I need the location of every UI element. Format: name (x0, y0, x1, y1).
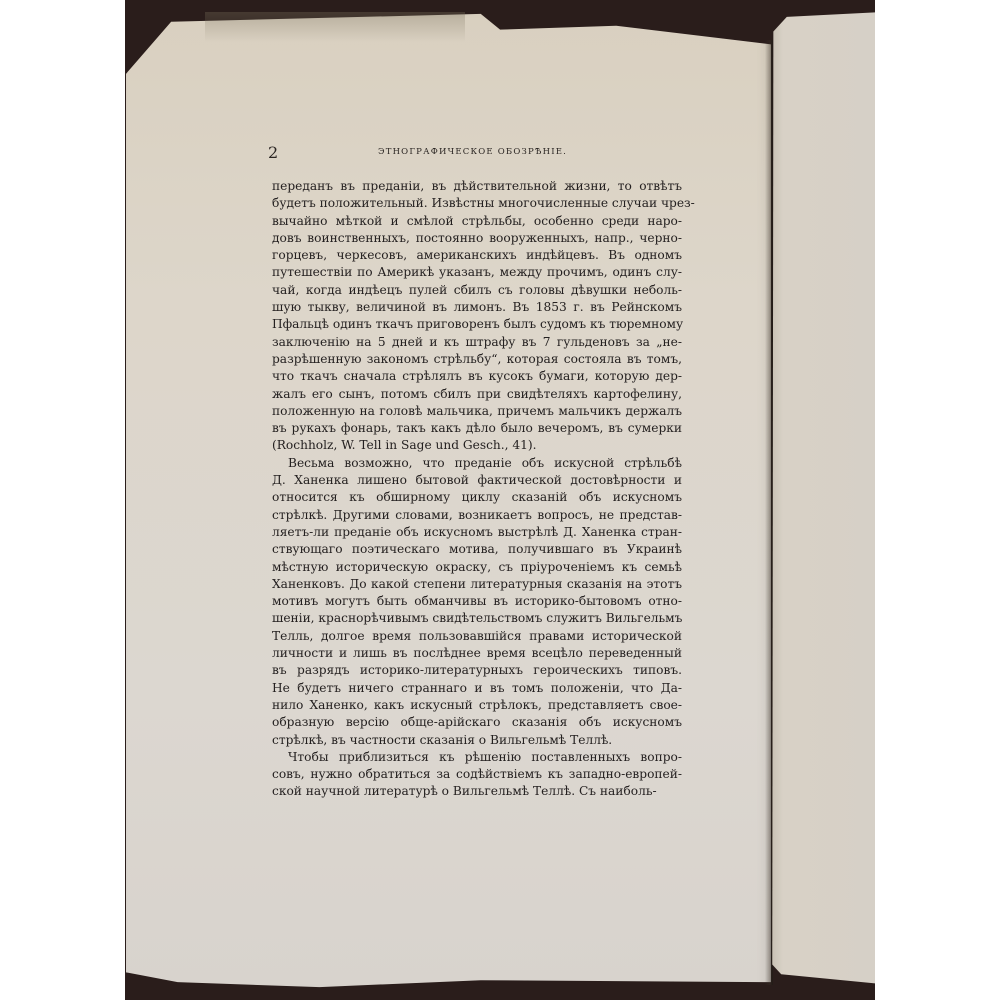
text-line: въ рукахъ фонарь, такъ какъ дѣло было ве… (272, 420, 682, 437)
spine-shadow (765, 40, 773, 985)
journal-title: ЭТНОГРАФИЧЕСКОЕ ОБОЗРѢНІЕ. (378, 147, 567, 157)
page-number: 2 (268, 143, 279, 162)
text-line: относится къ обширному циклу сказаній об… (272, 489, 682, 506)
text-line: ствующаго поэтическаго мотива, получивша… (272, 541, 682, 558)
text-line: Ханенковъ. До какой степени литературныя… (272, 576, 682, 593)
text-line: чай, когда индѣецъ пулей сбилъ съ головы… (272, 282, 682, 299)
text-line: ляетъ-ли преданіе объ искусномъ выстрѣлѣ… (272, 524, 682, 541)
text-line: Пфальцѣ одинъ ткачъ приговоренъ былъ суд… (272, 316, 682, 333)
text-line: образную версію обще-арійскаго сказанія … (272, 714, 682, 731)
text-line: разрѣшенную закономъ стрѣльбу“, которая … (272, 351, 682, 368)
text-line: личности и лишь въ послѣднее время всецѣ… (272, 645, 682, 662)
text-line: горцевъ, черкесовъ, американскихъ индѣйц… (272, 247, 682, 264)
text-line: Д. Ханенка лишено бытовой фактической до… (272, 472, 682, 489)
text-line: Весьма возможно, что преданіе объ искусн… (272, 455, 682, 472)
text-line: Чтобы приблизиться къ рѣшенію поставленн… (272, 749, 682, 766)
text-line: будетъ положительный. Извѣстны многочисл… (272, 195, 682, 212)
page-top-fold (205, 12, 465, 42)
text-line: въ разрядъ историко-литературныхъ героич… (272, 662, 682, 679)
text-line: положенную на головѣ мальчика, причемъ м… (272, 403, 682, 420)
text-line: Телль, долгое время пользовавшійся права… (272, 628, 682, 645)
text-line: (Rochholz, W. Tell in Sage und Gesch., 4… (272, 437, 682, 454)
text-line: совъ, нужно обратиться за содѣйствіемъ к… (272, 766, 682, 783)
text-line: жалъ его сынъ, потомъ сбилъ при свидѣтел… (272, 386, 682, 403)
text-line: мѣстную историческую окраску, съ пріуроч… (272, 559, 682, 576)
text-line: довъ воинственныхъ, постоянно вооруженны… (272, 230, 682, 247)
text-line: стрѣлкѣ, въ частности сказанія о Вильгел… (272, 732, 682, 749)
text-line: заключенію на 5 дней и къ штрафу въ 7 гу… (272, 334, 682, 351)
text-line: путешествіи по Америкѣ указанъ, между пр… (272, 264, 682, 281)
text-line: ской научной литературѣ о Вильгельмѣ Тел… (272, 783, 682, 800)
text-line: вычайно мѣткой и смѣлой стрѣльбы, особен… (272, 213, 682, 230)
right-page-edge (770, 12, 875, 984)
body-text: переданъ въ преданіи, въ дѣйствительной … (272, 178, 682, 801)
text-line: Не будетъ ничего страннаго и въ томъ пол… (272, 680, 682, 697)
text-line: шеніи, краснорѣчивымъ свидѣтельствомъ сл… (272, 610, 682, 627)
text-line: нило Ханенко, какъ искусный стрѣлокъ, пр… (272, 697, 682, 714)
text-line: переданъ въ преданіи, въ дѣйствительной … (272, 178, 682, 195)
text-line: что ткачъ сначала стрѣлялъ въ кусокъ бум… (272, 368, 682, 385)
text-line: шую тыкву, величиной въ лимонъ. Въ 1853 … (272, 299, 682, 316)
text-line: мотивъ могутъ быть обманчивы въ историко… (272, 593, 682, 610)
text-line: стрѣлкѣ. Другими словами, возникаетъ воп… (272, 507, 682, 524)
